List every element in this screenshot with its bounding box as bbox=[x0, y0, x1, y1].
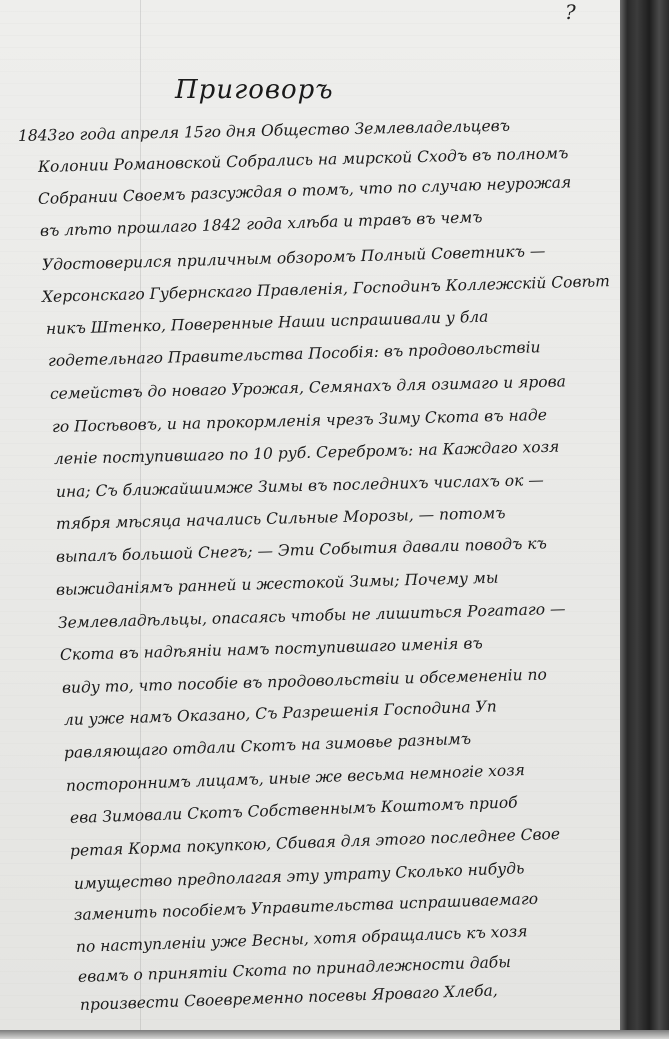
text-line: Удостоверился приличным обзоромъ Полный … bbox=[42, 242, 546, 274]
text-line: въ лѣто прошлаго 1842 года хлѣба и травъ… bbox=[40, 208, 483, 240]
text-line: ретая Корма покупкою, Сбивая для этого п… bbox=[70, 825, 561, 860]
text-line: выпалъ большой Снегъ; — Эти События дава… bbox=[56, 534, 547, 566]
text-line: ли уже намъ Оказано, Съ Разрешенія Госпо… bbox=[64, 697, 497, 729]
book-spine bbox=[620, 0, 669, 1039]
text-line: виду то, что пособіе въ продовольствіи и… bbox=[62, 665, 547, 697]
text-line: ева Зимовали Скотъ Собственнымъ Коштомъ … bbox=[70, 793, 518, 827]
text-line: Скота въ надѣяніи намъ поступившаго имен… bbox=[60, 634, 483, 664]
page-bottom-edge bbox=[0, 1030, 669, 1039]
text-line: равляющаго отдали Скотъ на зимовье разны… bbox=[64, 730, 472, 762]
text-line: произвести Своевременно посевы Яроваго Х… bbox=[80, 981, 498, 1014]
corner-mark: ? bbox=[565, 0, 576, 24]
text-line: заменить пособіемъ Управительства испраш… bbox=[74, 890, 539, 924]
text-line: тября мѣсяца начались Сильные Морозы, — … bbox=[56, 504, 506, 533]
text-line: Херсонскаго Губернскаго Правленія, Госпо… bbox=[42, 272, 610, 306]
text-line: Колонии Романовской Собрались на мирской… bbox=[38, 144, 569, 176]
text-line: евамъ о принятіи Скота по принадлежности… bbox=[78, 953, 511, 986]
text-line: имущество предполагая эту утрату Сколько… bbox=[74, 859, 525, 893]
text-line: го Посѣвовъ, и на прокормленія чрезъ Зим… bbox=[52, 406, 547, 436]
text-line: семействъ до новаго Урожая, Семянахъ для… bbox=[50, 372, 566, 403]
text-line: годетельнаго Правительства Пособія: въ п… bbox=[48, 338, 541, 370]
text-line: по наступленіи уже Весны, хотя обращалис… bbox=[76, 922, 528, 956]
text-line: 1843го года апреля 15го дня Общество Зем… bbox=[18, 117, 510, 145]
text-line: выжиданіямъ ранней и жестокой Зимы; Поче… bbox=[56, 569, 499, 599]
text-line: леніе поступившаго по 10 руб. Серебромъ:… bbox=[54, 438, 560, 468]
text-line: никъ Штенко, Поверенные Наши испрашивали… bbox=[46, 308, 489, 338]
text-line: Землевладѣльцы, опасаясь чтобы не лишить… bbox=[58, 600, 566, 632]
text-line: постороннимъ лицамъ, иные же весьма немн… bbox=[66, 761, 526, 795]
text-line: Собрании Своемъ разсуждая о томъ, что по… bbox=[38, 173, 572, 208]
scanned-page: ? Приговоръ 1843го года апреля 15го дня … bbox=[0, 0, 622, 1030]
text-line: ина; Съ ближайшимже Зимы въ последнихъ ч… bbox=[56, 471, 544, 501]
document-title: Приговоръ bbox=[175, 75, 334, 105]
